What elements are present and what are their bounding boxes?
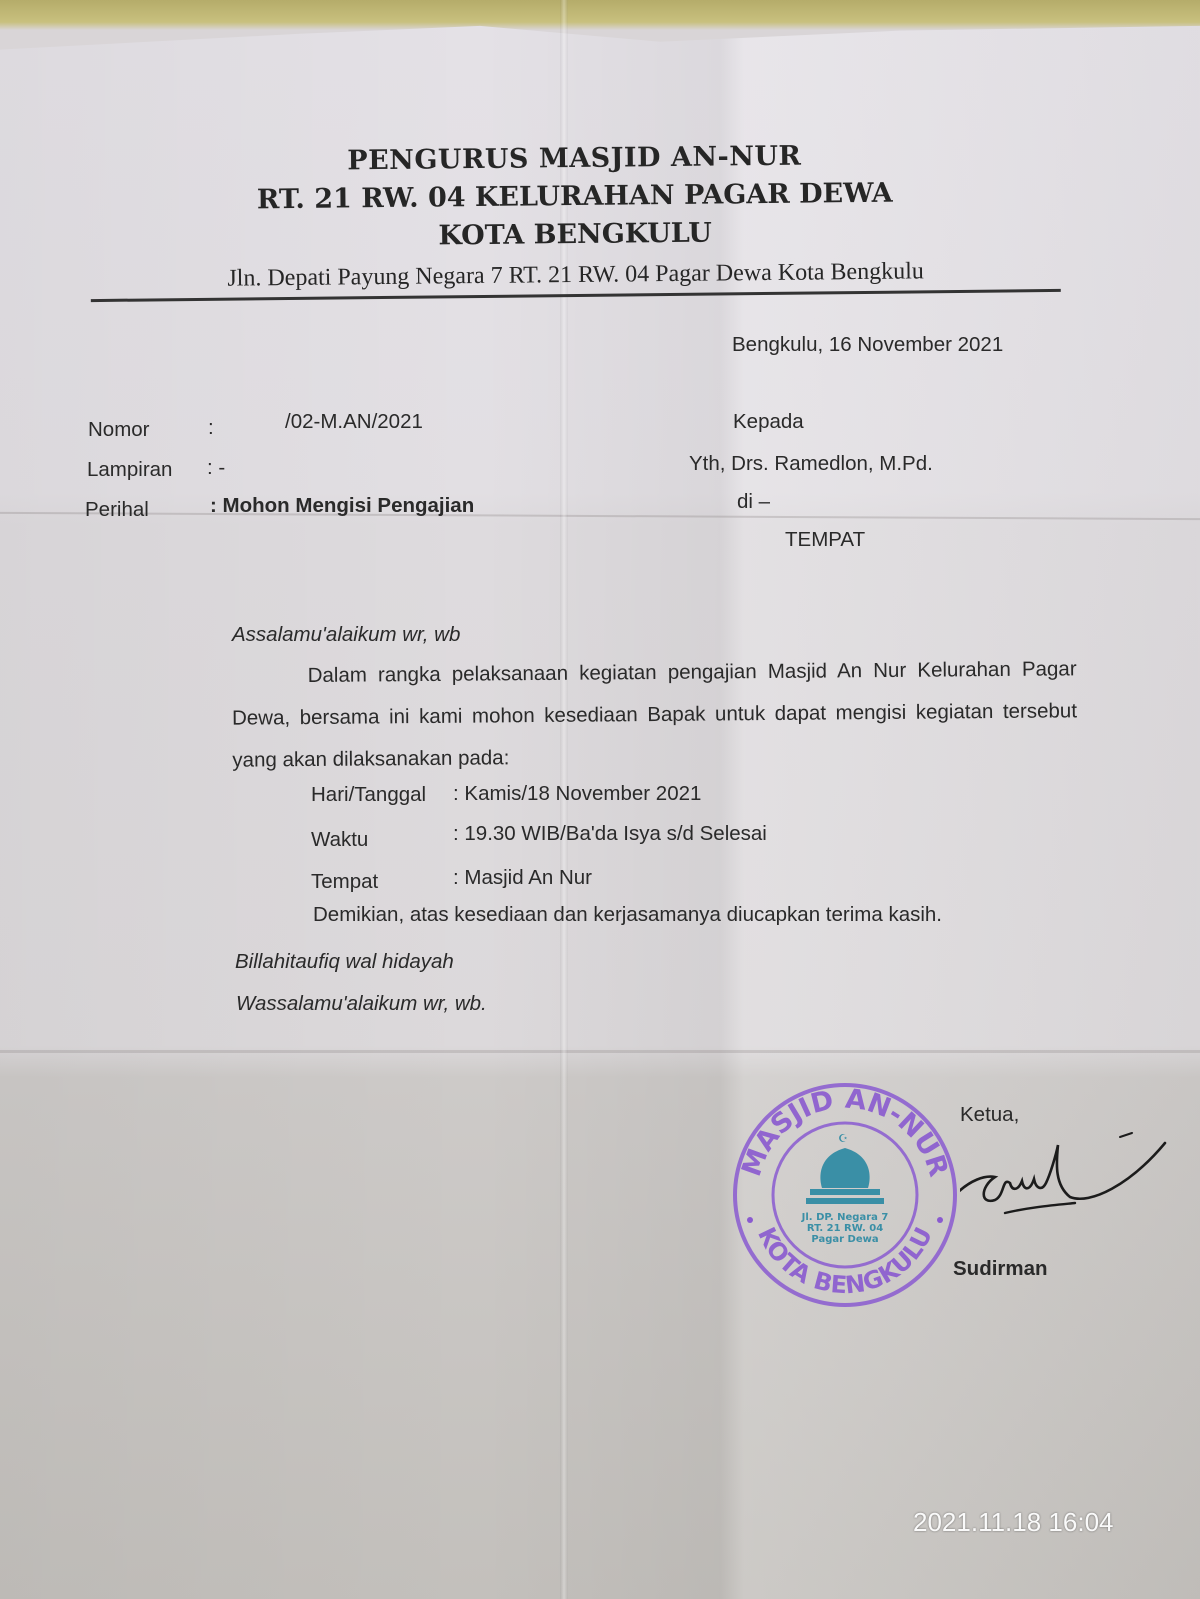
nomor-sep: : [208,416,214,440]
closing-text: Demikian, atas kesediaan dan kerjasamany… [313,903,942,927]
lampiran-label: Lampiran [87,458,172,482]
perihal-value: : Mohon Mengisi Pengajian [210,494,474,518]
billahi-text: Billahitaufiq wal hidayah [235,950,454,974]
photo-timestamp: 2021.11.18 16:04 [913,1507,1113,1538]
nomor-label: Nomor [88,418,150,442]
recipient-di: di – [737,490,770,514]
recipient-kepada: Kepada [733,410,804,434]
perihal-label: Perihal [85,498,149,522]
svg-text:Jl. DP. Negara 7: Jl. DP. Negara 7 [801,1212,889,1223]
letterhead: PENGURUS MASJID AN-NUR RT. 21 RW. 04 KEL… [89,135,1061,302]
detail-label-place: Tempat [311,870,378,894]
recipient-tempat: TEMPAT [785,528,865,552]
signatory-name: Sudirman [953,1257,1048,1281]
detail-label-time: Waktu [311,828,368,852]
place-date: Bengkulu, 16 November 2021 [732,333,1003,357]
detail-value-date: : Kamis/18 November 2021 [453,782,701,806]
detail-value-place: : Masjid An Nur [453,866,592,890]
handwritten-signature-icon [960,1125,1180,1225]
salam-text: Wassalamu'alaikum wr, wb. [236,992,487,1016]
svg-text:☪: ☪ [838,1133,848,1145]
greeting: Assalamu'alaikum wr, wb [232,623,460,647]
detail-label-date: Hari/Tanggal [311,783,426,807]
signature-title: Ketua, [960,1103,1019,1127]
lampiran-value: : - [207,456,225,480]
recipient-name: Yth, Drs. Ramedlon, M.Pd. [689,452,933,476]
nomor-value: /02-M.AN/2021 [285,410,423,434]
paper-fold [0,1050,1200,1053]
svg-text:RT. 21 RW. 04: RT. 21 RW. 04 [807,1223,883,1234]
body-paragraph: Dalam rangka pelaksanaan kegiatan pengaj… [231,648,1077,781]
detail-value-time: : 19.30 WIB/Ba'da Isya s/d Selesai [453,822,767,846]
svg-text:Pagar Dewa: Pagar Dewa [811,1234,878,1245]
mosque-stamp-icon: MASJID AN-NUR KOTA BENGKULU ☪ Jl. DP. Ne… [730,1080,960,1310]
